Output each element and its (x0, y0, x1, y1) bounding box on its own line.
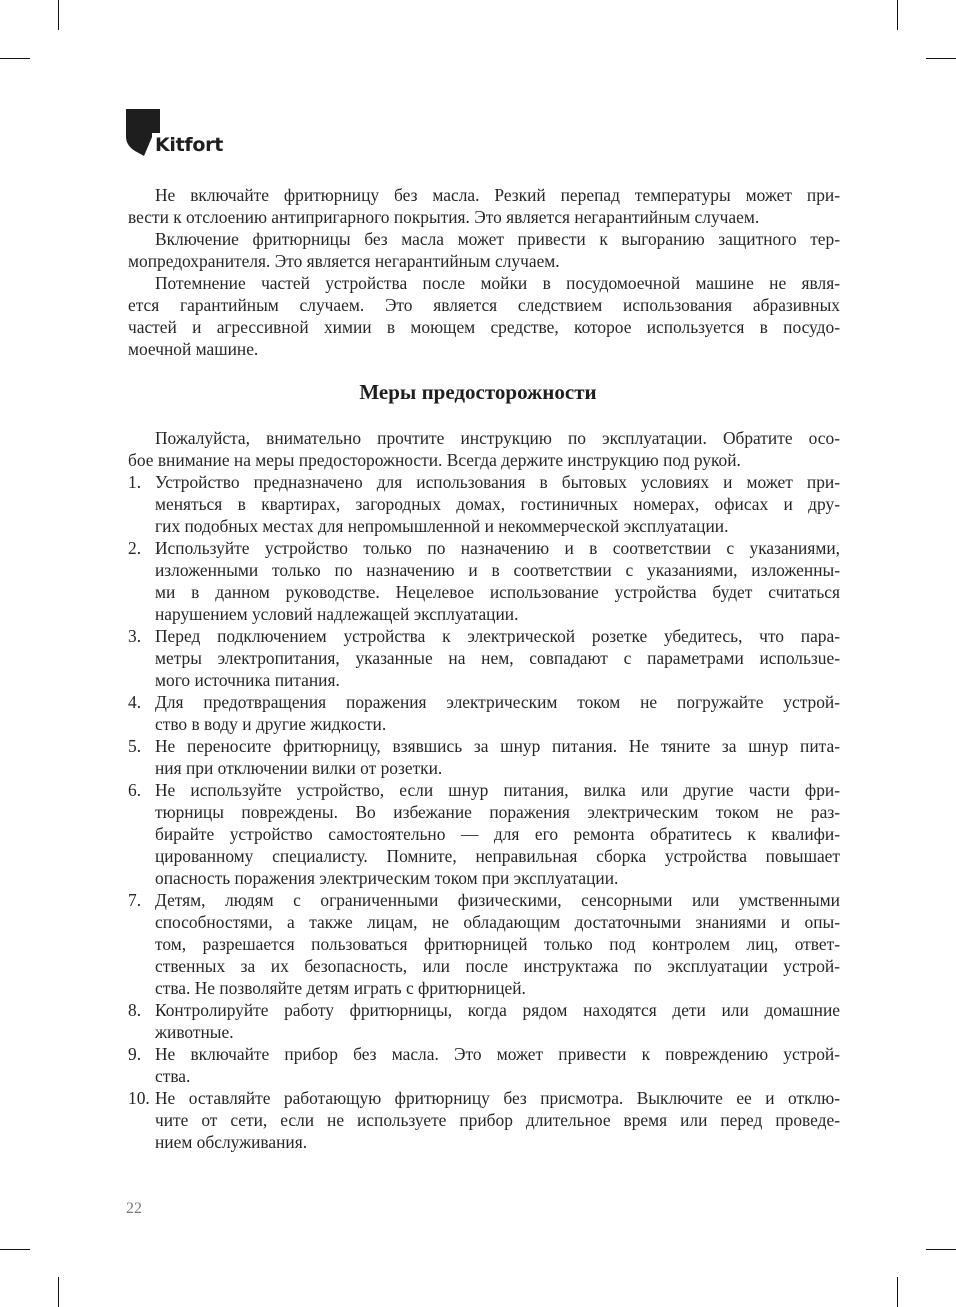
list-item-line: Используйте устройство только по назначе… (155, 537, 840, 559)
paragraph-line: Включение фритюрницы без масла может при… (155, 228, 840, 250)
section-title: Меры предосторожности (0, 378, 956, 406)
crop-mark-top-left-vertical (58, 0, 59, 30)
list-item-line: Перед подключением устройства к электрич… (155, 625, 840, 647)
list-item-line: ния при отключении вилки от розетки. (155, 757, 840, 779)
list-item-number: 3. (128, 625, 141, 647)
list-item-number: 6. (128, 779, 141, 801)
crop-mark-bottom-left-horizontal (0, 1249, 30, 1250)
list-item-line: ства. (155, 1065, 840, 1087)
list-item-line: гих подобных местах для непромышленной и… (155, 515, 840, 537)
intro-line: Пожалуйста, внимательно прочтите инструк… (155, 427, 840, 449)
list-item-number: 2. (128, 537, 141, 559)
list-item-line: Детям, людям с ограниченными физическими… (155, 889, 840, 911)
list-item-line: Контролируйте работу фритюрницы, когда р… (155, 999, 840, 1021)
page-number: 22 (126, 1198, 142, 1220)
list-item-line: способностями, а также лицам, не обладаю… (155, 911, 840, 933)
list-item-line: тюрницы повреждены. Во избежание поражен… (155, 801, 840, 823)
list-item-line: нарушением условий надлежащей эксплуатац… (155, 603, 840, 625)
crop-mark-bottom-right-horizontal (926, 1249, 956, 1250)
list-item-line: чите от сети, если не используете прибор… (155, 1109, 840, 1131)
list-item-number: 4. (128, 691, 141, 713)
list-item-line: ми в данном руководстве. Нецелевое испол… (155, 581, 840, 603)
list-item-line: животные. (155, 1021, 840, 1043)
list-item-line: ства. Не позволяйте детям играть с фритю… (155, 977, 840, 999)
list-item-line: нием обслуживания. (155, 1131, 840, 1153)
list-item-number: 9. (128, 1043, 141, 1065)
crop-mark-top-right-vertical (897, 0, 898, 30)
list-item-number: 8. (128, 999, 141, 1021)
list-item-line: Для предотвращения поражения электрическ… (155, 691, 840, 713)
intro-line: бое внимание на меры предосторожности. В… (128, 449, 840, 471)
crop-mark-top-left-horizontal (0, 58, 30, 59)
list-item-line: меняться в квартирах, загородных домах, … (155, 493, 840, 515)
crop-mark-top-right-horizontal (926, 58, 956, 59)
list-item-line: Устройство предназначено для использован… (155, 471, 840, 493)
list-item-line: том, разрешается пользоваться фритюрнице… (155, 933, 840, 955)
paragraph-line: мопредохранителя. Это является негаранти… (128, 250, 840, 272)
paragraph-line: Не включайте фритюрницу без масла. Резки… (155, 184, 840, 206)
list-item-line: Не переносите фритюрницу, взявшись за шн… (155, 735, 840, 757)
list-item-line: бирайте устройство самостоятельно — для … (155, 823, 840, 845)
paragraph-line: вести к отслоению антипригарного покрыти… (128, 206, 840, 228)
crop-mark-bottom-left-vertical (58, 1277, 59, 1307)
list-item-line: Не оставляйте работающую фритюрницу без … (155, 1087, 840, 1109)
list-item-line: ственных за их безопасность, или после и… (155, 955, 840, 977)
list-item-line: изложенными только по назначению и в соо… (155, 559, 840, 581)
paragraph-line: ется гарантийным случаем. Это является с… (128, 294, 840, 316)
list-item-line: метры электропитания, указанные на нем, … (155, 647, 840, 669)
paragraph-line: Потемнение частей устройства после мойки… (155, 272, 840, 294)
list-item-number: 5. (128, 735, 141, 757)
list-item-line: Не включайте прибор без масла. Это может… (155, 1043, 840, 1065)
crop-mark-bottom-right-vertical (897, 1277, 898, 1307)
list-item-number: 7. (128, 889, 141, 911)
paragraph-line: частей и агрессивной химии в моющем сред… (128, 316, 840, 338)
list-item-number: 10. (128, 1087, 150, 1109)
list-item-line: мого источника питания. (155, 669, 840, 691)
brand-name: Kitfort (155, 133, 223, 157)
list-item-line: ство в воду и другие жидкости. (155, 713, 840, 735)
list-item-line: Не используйте устройство, если шнур пит… (155, 779, 840, 801)
list-item-line: цированному специалисту. Помните, неправ… (155, 845, 840, 867)
list-item-number: 1. (128, 471, 141, 493)
paragraph-line: моечной машине. (128, 338, 840, 360)
list-item-line: опасность поражения электрическим током … (155, 867, 840, 889)
